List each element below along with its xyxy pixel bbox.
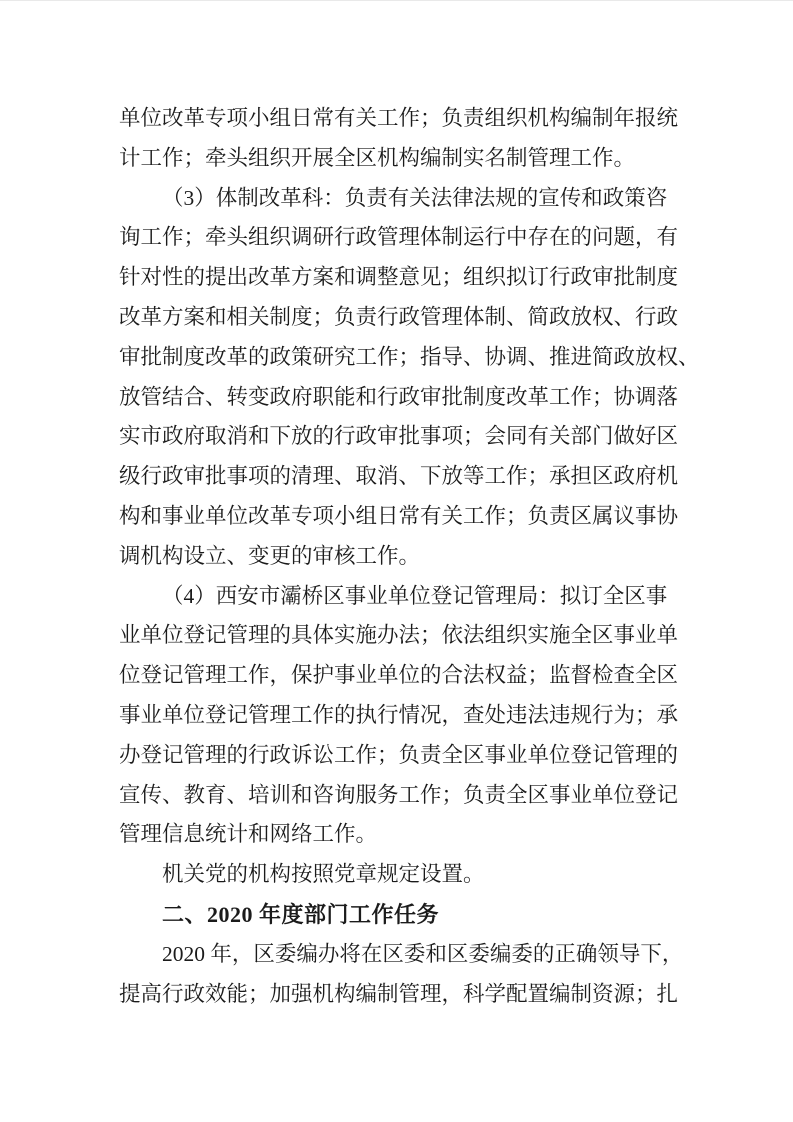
text-line: 单位改革专项小组日常有关工作；负责组织机构编制年报统 [119,99,681,139]
text-line: 事业单位登记管理工作的执行情况，查处违法违规行为；承 [119,696,681,736]
text-line: 调机构设立、变更的审核工作。 [119,537,681,577]
text-line: 位登记管理工作，保护事业单位的合法权益；监督检查全区 [119,656,681,696]
text-line: （4）西安市灞桥区事业单位登记管理局：拟订全区事 [119,577,681,617]
text-line: （3）体制改革科：负责有关法律法规的宣传和政策咨 [119,179,681,219]
text-line: 审批制度改革的政策研究工作；指导、协调、推进简政放权、 [119,338,681,378]
text-line: 机关党的机构按照党章规定设置。 [119,855,681,895]
text-line: 实市政府取消和下放的行政审批事项；会同有关部门做好区 [119,417,681,457]
section-heading: 二、2020 年度部门工作任务 [119,895,681,935]
text-line: 询工作；牵头组织调研行政管理体制运行中存在的问题，有 [119,218,681,258]
text-line: 放管结合、转变政府职能和行政审批制度改革工作；协调落 [119,378,681,418]
document-body: 单位改革专项小组日常有关工作；负责组织机构编制年报统计工作；牵头组织开展全区机构… [119,99,681,1014]
text-line: 改革方案和相关制度；负责行政管理体制、简政放权、行政 [119,298,681,338]
text-line: 针对性的提出改革方案和调整意见；组织拟订行政审批制度 [119,258,681,298]
text-line: 宣传、教育、培训和咨询服务工作；负责全区事业单位登记 [119,776,681,816]
text-line: 级行政审批事项的清理、取消、下放等工作；承担区政府机 [119,457,681,497]
text-line: 提高行政效能；加强机构编制管理，科学配置编制资源；扎 [119,975,681,1015]
text-line: 管理信息统计和网络工作。 [119,815,681,855]
text-line: 办登记管理的行政诉讼工作；负责全区事业单位登记管理的 [119,736,681,776]
text-line: 业单位登记管理的具体实施办法；依法组织实施全区事业单 [119,616,681,656]
document-page: 单位改革专项小组日常有关工作；负责组织机构编制年报统计工作；牵头组织开展全区机构… [0,0,793,1122]
text-line: 2020 年，区委编办将在区委和区委编委的正确领导下， [119,935,681,975]
text-line: 构和事业单位改革专项小组日常有关工作；负责区属议事协 [119,497,681,537]
text-line: 计工作；牵头组织开展全区机构编制实名制管理工作。 [119,139,681,179]
